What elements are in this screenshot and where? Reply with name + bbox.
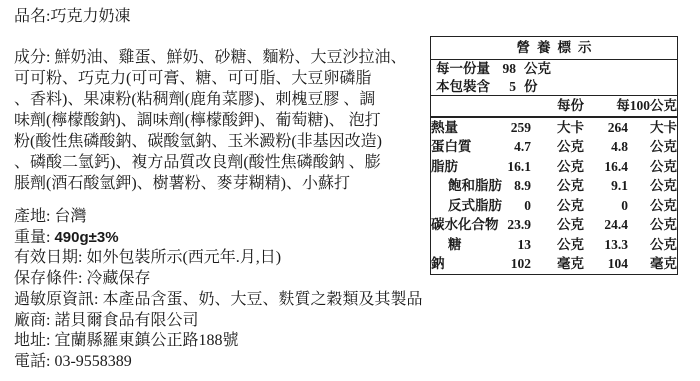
per-serving-unit: 公克 bbox=[531, 235, 584, 255]
per-serving-unit: 公克 bbox=[531, 176, 584, 196]
serving-size-row: 每一份量98公克 bbox=[431, 60, 677, 78]
per-100g-unit: 公克 bbox=[628, 176, 677, 196]
product-details: 產地: 台灣 重量: 490g±3% 有效日期: 如外包裝所示(西元年.月,日)… bbox=[14, 207, 462, 373]
per-serving-value: 4.7 bbox=[501, 137, 531, 157]
per-100g-header: 每100公克 bbox=[584, 96, 677, 117]
phone-line: 電話: 03-9558389 bbox=[14, 352, 462, 373]
nutrient-name: 蛋白質 bbox=[431, 137, 501, 157]
serving-size-unit: 公克 bbox=[524, 61, 551, 76]
nutrient-name: 熱量 bbox=[431, 117, 501, 138]
origin-line: 產地: 台灣 bbox=[14, 207, 462, 228]
ingredients-text: 成分: 鮮奶油、雞蛋、鮮奶、砂糖、麵粉、大豆沙拉油、 可可粉、巧克力(可可膏、糖… bbox=[14, 47, 462, 194]
per-100g-unit: 毫克 bbox=[628, 254, 677, 274]
per-100g-unit: 公克 bbox=[628, 137, 677, 157]
servings-per-pack-row: 本包裝含5份 bbox=[431, 78, 677, 96]
per-serving-header: 每份 bbox=[531, 96, 584, 117]
serving-size-value: 98 bbox=[493, 60, 516, 78]
per-serving-value: 23.9 bbox=[501, 215, 531, 235]
per-100g-value: 24.4 bbox=[584, 215, 628, 235]
per-100g-value: 16.4 bbox=[584, 157, 628, 177]
expiry-line: 有效日期: 如外包裝所示(西元年.月,日) bbox=[14, 248, 462, 269]
nutrition-title: 營養標示 bbox=[431, 37, 677, 60]
per-serving-unit: 公克 bbox=[531, 196, 584, 216]
storage-line: 保存條件: 冷藏保存 bbox=[14, 269, 462, 290]
per-serving-unit: 公克 bbox=[531, 137, 584, 157]
nutrition-row-sugar: 糖 13 公克 13.3 公克 bbox=[431, 235, 677, 255]
product-info-block: 品名:巧克力奶凍 成分: 鮮奶油、雞蛋、鮮奶、砂糖、麵粉、大豆沙拉油、 可可粉、… bbox=[14, 6, 462, 373]
per-100g-value: 4.8 bbox=[584, 137, 628, 157]
per-serving-unit: 大卡 bbox=[531, 117, 584, 138]
per-100g-unit: 公克 bbox=[628, 157, 677, 177]
per-100g-value: 264 bbox=[584, 117, 628, 138]
per-serving-value: 0 bbox=[501, 196, 531, 216]
allergen-line: 過敏原資訊: 本產品含蛋、奶、大豆、麩質之穀類及其製品 bbox=[14, 290, 462, 311]
per-serving-value: 102 bbox=[501, 254, 531, 274]
per-serving-value: 8.9 bbox=[501, 176, 531, 196]
nutrition-row-fat: 脂肪 16.1 公克 16.4 公克 bbox=[431, 157, 677, 177]
per-serving-unit: 公克 bbox=[531, 157, 584, 177]
nutrition-row-carbohydrate: 碳水化合物 23.9 公克 24.4 公克 bbox=[431, 215, 677, 235]
servings-per-pack-unit: 份 bbox=[524, 79, 538, 94]
nutrition-row-saturated-fat: 飽和脂肪 8.9 公克 9.1 公克 bbox=[431, 176, 677, 196]
per-100g-value: 13.3 bbox=[584, 235, 628, 255]
nutrition-row-protein: 蛋白質 4.7 公克 4.8 公克 bbox=[431, 137, 677, 157]
nutrient-name: 脂肪 bbox=[431, 157, 501, 177]
weight-value: 490g±3% bbox=[54, 229, 118, 246]
nutrient-name: 糖 bbox=[431, 235, 501, 255]
per-100g-unit: 公克 bbox=[628, 235, 677, 255]
header-empty-cell bbox=[501, 96, 531, 117]
weight-label: 重量: bbox=[14, 229, 54, 246]
weight-line: 重量: 490g±3% bbox=[14, 228, 462, 249]
per-serving-value: 13 bbox=[501, 235, 531, 255]
per-100g-unit: 公克 bbox=[628, 215, 677, 235]
servings-per-pack-label: 本包裝含 bbox=[436, 78, 493, 95]
header-empty-cell bbox=[431, 96, 501, 117]
product-name: 品名:巧克力奶凍 bbox=[14, 6, 462, 27]
nutrient-name: 飽和脂肪 bbox=[431, 176, 501, 196]
manufacturer-line: 廠商: 諾貝爾食品有限公司 bbox=[14, 311, 462, 332]
per-serving-value: 16.1 bbox=[501, 157, 531, 177]
serving-size-label: 每一份量 bbox=[436, 60, 493, 78]
nutrition-grid: 每份 每100公克 熱量 259 大卡 264 大卡 蛋白質 4.7 公克 4.… bbox=[431, 96, 677, 274]
per-serving-unit: 公克 bbox=[531, 215, 584, 235]
nutrient-name: 反式脂肪 bbox=[431, 196, 501, 216]
per-serving-unit: 毫克 bbox=[531, 254, 584, 274]
servings-per-pack-value: 5 bbox=[493, 78, 516, 95]
per-100g-value: 9.1 bbox=[584, 176, 628, 196]
nutrition-row-trans-fat: 反式脂肪 0 公克 0 公克 bbox=[431, 196, 677, 216]
nutrition-row-calories: 熱量 259 大卡 264 大卡 bbox=[431, 117, 677, 138]
nutrient-name: 碳水化合物 bbox=[431, 215, 501, 235]
per-100g-value: 0 bbox=[584, 196, 628, 216]
address-line: 地址: 宜蘭縣羅東鎮公正路188號 bbox=[14, 331, 462, 352]
nutrition-row-sodium: 鈉 102 毫克 104 毫克 bbox=[431, 254, 677, 274]
per-serving-value: 259 bbox=[501, 117, 531, 138]
nutrition-table: 營養標示 每一份量98公克 本包裝含5份 每份 每100公克 熱量 259 大卡… bbox=[430, 36, 678, 275]
per-100g-value: 104 bbox=[584, 254, 628, 274]
per-100g-unit: 公克 bbox=[628, 196, 677, 216]
nutrition-header-row: 每份 每100公克 bbox=[431, 96, 677, 117]
nutrient-name: 鈉 bbox=[431, 254, 501, 274]
per-100g-unit: 大卡 bbox=[628, 117, 677, 138]
